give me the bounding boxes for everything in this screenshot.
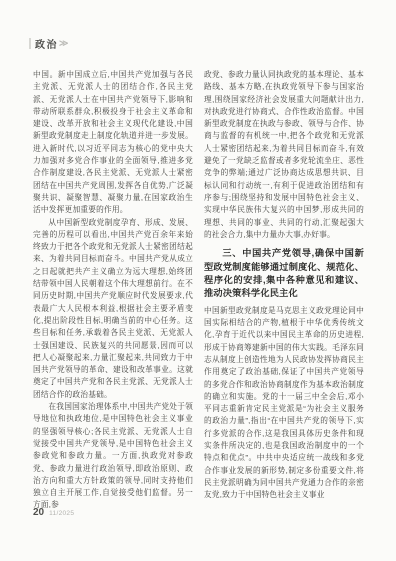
journal-page: 政治 ≫ 中国。新中国成立后,中国共产党加强与各民主党派、无党派人士的团结合作,…	[0, 0, 396, 561]
left-column: 中国。新中国成立后,中国共产党加强与各民主党派、无党派人士的团结合作,各民主党派…	[33, 69, 193, 512]
article-body: 中国。新中国成立后,中国共产党加强与各民主党派、无党派人士的团结合作,各民主党派…	[33, 69, 364, 512]
chevron-right-icon: ≫	[59, 38, 68, 49]
paragraph: 在我国国家治理体系中,中国共产党处于领导地位和执政地位,是中国特色社会主义事业的…	[33, 401, 193, 512]
section-header-bar	[29, 38, 31, 49]
paragraph-continuation: 中国。新中国成立后,中国共产党加强与各民主党派、无党派人士的团结合作,各民主党派…	[33, 69, 193, 217]
section-3-heading: 三、中国共产党领导,确保中国新型政党制度能够通过制度化、规范化、程序化的安排,集…	[204, 247, 364, 301]
right-column: 政党、参政力量认同执政党的基本理论、基本路线、基本方略,在执政党领导下参与国家治…	[204, 69, 364, 512]
page-number: 20	[33, 507, 44, 518]
section-title: 政治	[35, 36, 58, 51]
page-footer: 20 11/2025	[33, 507, 74, 518]
paragraph-continuation: 政党、参政力量认同执政党的基本理论、基本路线、基本方略,在执政党领导下参与国家治…	[204, 69, 364, 241]
issue-number: 11/2025	[49, 510, 74, 517]
paragraph: 中国新型政党制度是马克思主义政党理论同中国实际相结合的产物,植根于中华优秀传统文…	[204, 305, 364, 502]
section-header: 政治 ≫	[29, 37, 68, 50]
paragraph: 从中国新型政党制度孕育、形成、发展、完善的历程可以看出,中国共产党百余年来始终致…	[33, 217, 193, 401]
